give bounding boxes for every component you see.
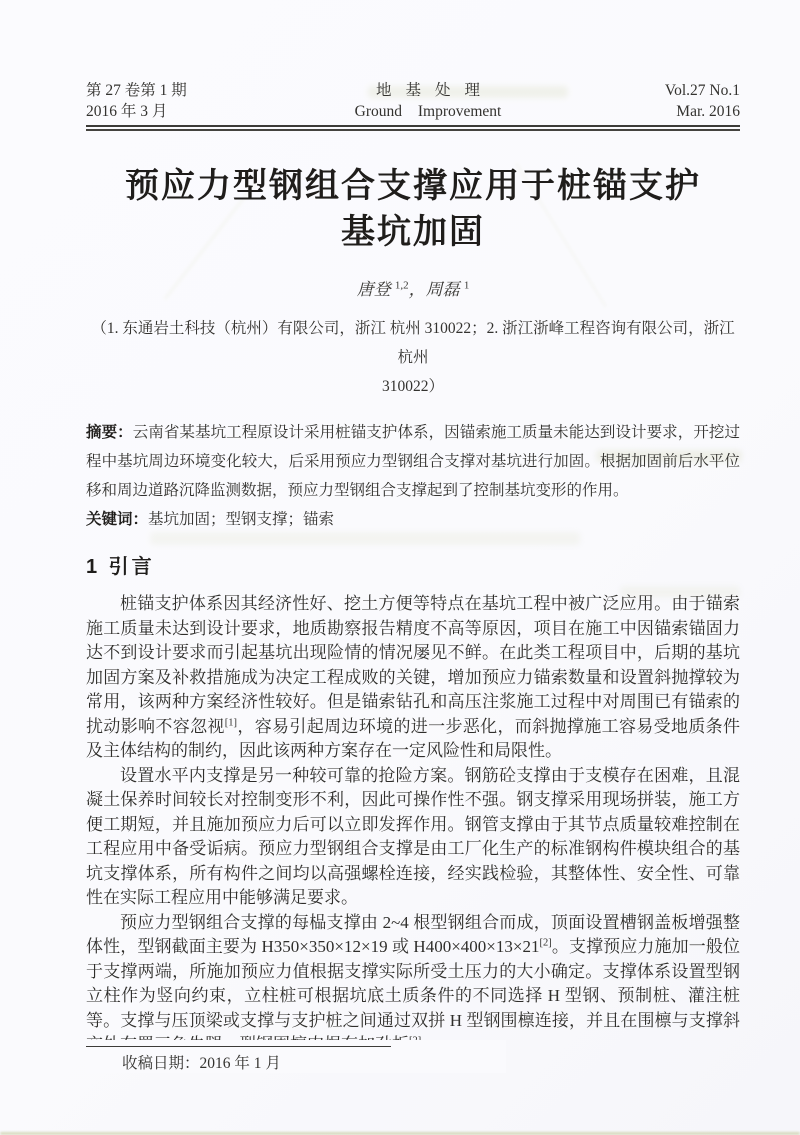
abstract-paragraph: 摘要：云南省某基坑工程原设计采用桩锚支护体系，因锚索施工质量未能达到设计要求，开… [86, 418, 740, 505]
abstract-label: 摘要： [86, 424, 133, 441]
article-title-line2: 基坑加固 [86, 209, 740, 255]
body-paragraph-2: 设置水平内支撑是另一种较可靠的抢险方案。钢筋砼支撑由于支模存在困难，且混凝土保养… [86, 764, 740, 911]
volume-issue-block: 第 27 卷第 1 期 2016 年 3 月 [86, 80, 236, 122]
article-title: 预应力型钢组合支撑应用于桩锚支护 基坑加固 [86, 163, 740, 255]
footnote-rule [86, 1046, 391, 1047]
scanned-paper-page: 第 27 卷第 1 期 2016 年 3 月 地基处理 Ground Impro… [0, 0, 800, 1135]
affiliation: （1. 东通岩土科技（杭州）有限公司，浙江 杭州 310022；2. 浙江浙峰工… [86, 314, 740, 401]
journal-name-block: 地基处理 Ground Improvement [236, 80, 620, 122]
abstract-text: 云南省某基坑工程原设计采用桩锚支护体系，因锚索施工质量未能达到设计要求，开挖过程… [86, 424, 740, 499]
abstract-section: 摘要：云南省某基坑工程原设计采用桩锚支护体系，因锚索施工质量未能达到设计要求，开… [86, 418, 740, 534]
date-cn: 2016 年 3 月 [86, 101, 236, 122]
received-date-footnote: 收稿日期：2016 年 1 月 [86, 1040, 506, 1073]
page-content: 第 27 卷第 1 期 2016 年 3 月 地基处理 Ground Impro… [0, 80, 800, 1058]
affiliation-line1: （1. 东通岩土科技（杭州）有限公司，浙江 杭州 310022；2. 浙江浙峰工… [86, 314, 740, 372]
keywords-label: 关键词： [86, 511, 148, 528]
journal-name-en: Ground Improvement [236, 101, 620, 122]
date-en: Mar. 2016 [620, 101, 740, 122]
volume-issue-en: Vol.27 No.1 [620, 80, 740, 101]
received-date-text: 收稿日期：2016 年 1 月 [86, 1051, 506, 1073]
body-paragraph-3: 预应力型钢组合支撑的每榀支撑由 2~4 根型钢组合而成，顶面设置槽钢盖板增强整体… [86, 911, 740, 1058]
authors-line: 唐登 1,2，周磊 1 [86, 275, 740, 300]
journal-name-cn: 地基处理 [236, 80, 620, 101]
volume-issue-cn: 第 27 卷第 1 期 [86, 80, 236, 101]
section-heading-introduction: 1 引言 [86, 550, 740, 579]
keywords-line: 关键词：基坑加固；型钢支撑；锚索 [86, 505, 740, 534]
header-double-rule [86, 125, 740, 131]
journal-header: 第 27 卷第 1 期 2016 年 3 月 地基处理 Ground Impro… [86, 80, 740, 122]
body-paragraph-1: 桩锚支护体系因其经济性好、挖土方便等特点在基坑工程中被广泛应用。由于锚索施工质量… [86, 592, 740, 764]
keywords-text: 基坑加固；型钢支撑；锚索 [148, 511, 334, 528]
affiliation-line2: 310022） [86, 372, 740, 401]
volume-issue-en-block: Vol.27 No.1 Mar. 2016 [620, 80, 740, 122]
article-title-line1: 预应力型钢组合支撑应用于桩锚支护 [86, 163, 740, 209]
